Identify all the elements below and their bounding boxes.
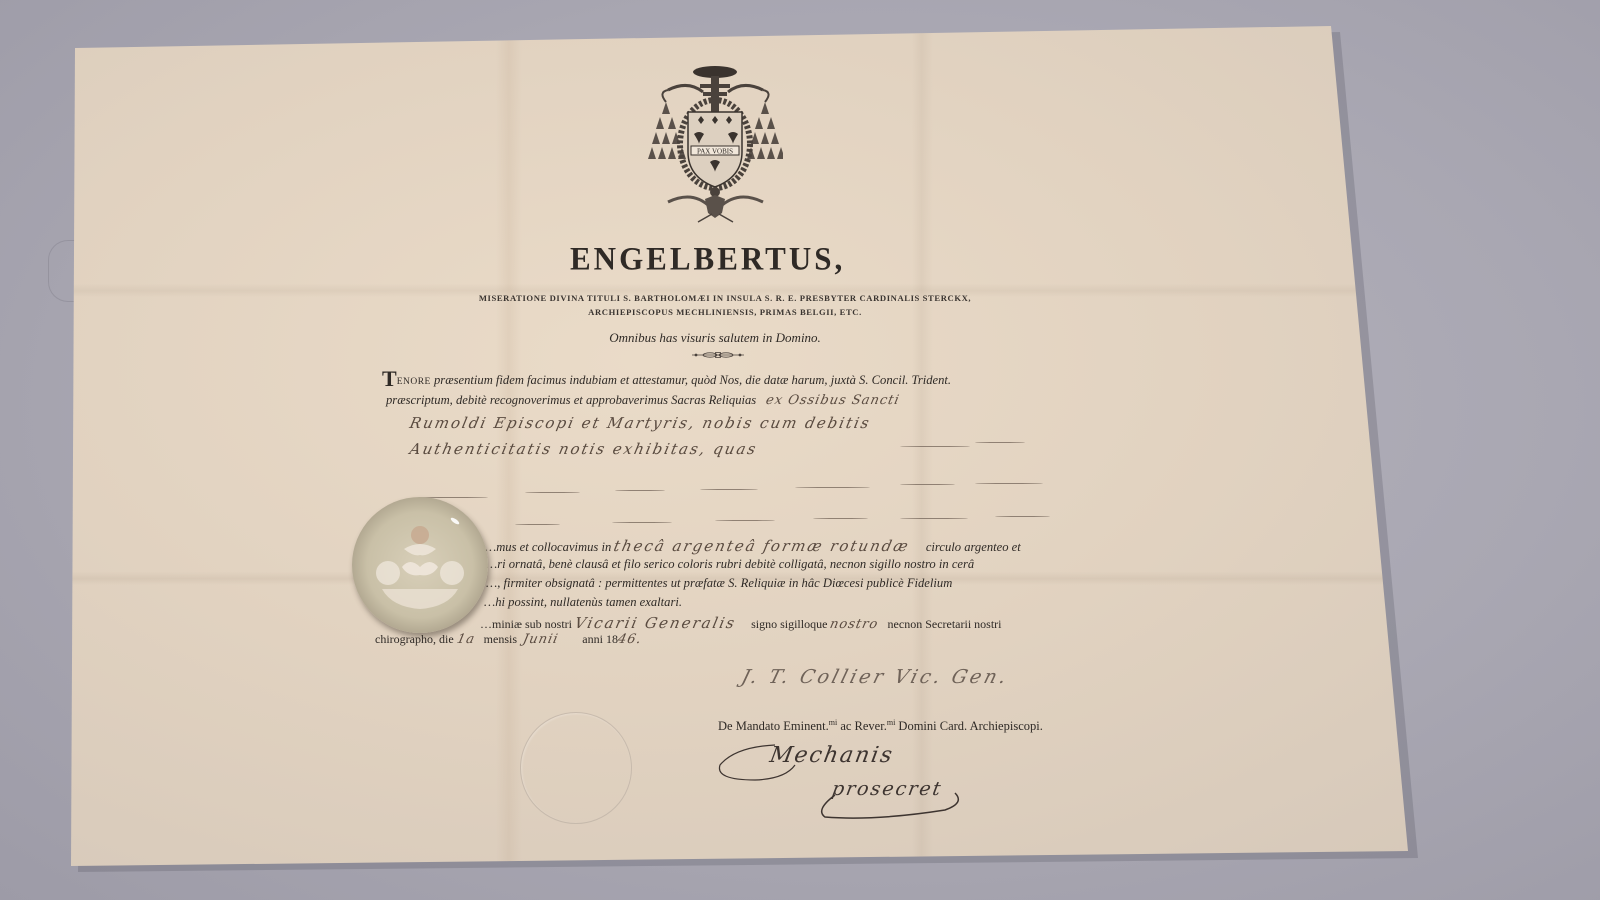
handwritten-month: Junii bbox=[521, 632, 559, 647]
handwritten-entry: nostro bbox=[829, 617, 880, 632]
body-line-9: …miniæ sub nostri Vicarii Generalis sign… bbox=[480, 614, 1002, 632]
coat-of-arms-icon: PAX VOBIS bbox=[648, 62, 783, 227]
body-line-4: Authenticitatis notis exhibitas, quas bbox=[410, 440, 757, 458]
greeting: Omnibus has visuris salutem in Domino. bbox=[560, 330, 870, 346]
body-line-2: præscriptum, debitè recognoverimus et ap… bbox=[386, 393, 899, 408]
reliquary-theca bbox=[352, 497, 488, 633]
handwritten-entry: Rumoldi Episcopi et Martyris, nobis cum … bbox=[408, 414, 873, 432]
embossed-seal bbox=[520, 712, 632, 824]
subtitle-line: MISERATIONE DIVINA TITULI S. BARTHOLOMÆI… bbox=[470, 291, 980, 305]
ornamental-divider-icon bbox=[690, 351, 746, 359]
handwritten-entry: Vicarii Generalis bbox=[573, 614, 738, 632]
secretary-signature: Mechanis bbox=[768, 743, 896, 768]
fill-dash bbox=[900, 484, 955, 485]
body-line-6: …ri ornatâ, benè clausâ et filo serico c… bbox=[486, 557, 974, 572]
body-line-10: chirographo, die 1a mensis Junii anni 18… bbox=[375, 632, 642, 647]
subtitle-line: ARCHIEPISCOPUS MECHLINIENSIS, PRIMAS BEL… bbox=[470, 305, 980, 319]
fill-dash bbox=[975, 483, 1043, 484]
secretary-title: prosecret bbox=[830, 778, 944, 800]
body-line-1: TENORE præsentium fidem facimus indubiam… bbox=[382, 373, 951, 388]
fill-dash bbox=[900, 518, 968, 519]
fill-dash bbox=[612, 522, 672, 523]
fill-dash bbox=[700, 489, 758, 490]
document-title: ENGELBERTUS, bbox=[570, 240, 870, 278]
handwritten-entry: Authenticitatis notis exhibitas, quas bbox=[408, 440, 759, 458]
relic-motif-icon bbox=[374, 515, 466, 615]
handwritten-year: 46. bbox=[616, 632, 643, 647]
document-subtitle: MISERATIONE DIVINA TITULI S. BARTHOLOMÆI… bbox=[470, 291, 980, 319]
fill-dash bbox=[900, 446, 970, 447]
fill-dash bbox=[795, 487, 870, 488]
handwritten-entry: ex Ossibus Sancti bbox=[764, 393, 901, 408]
handwritten-day: 1a bbox=[455, 632, 476, 647]
fill-dash bbox=[813, 518, 868, 519]
fill-dash bbox=[995, 516, 1050, 517]
fill-dash bbox=[715, 520, 775, 521]
drop-cap: T bbox=[382, 366, 397, 391]
body-line-8: …hi possint, nullatenùs tamen exaltari. bbox=[484, 595, 682, 610]
mandate-line: De Mandato Eminent.mi ac Rever.mi Domini… bbox=[718, 718, 1043, 734]
body-line-7: …, firmiter obsignatâ : permittentes ut … bbox=[486, 576, 952, 591]
fill-dash bbox=[515, 524, 560, 525]
fill-dash bbox=[525, 492, 580, 493]
fill-dash bbox=[975, 442, 1025, 443]
fill-dash bbox=[615, 490, 665, 491]
body-line-5: …mus et collocavimus in thecâ argenteâ f… bbox=[485, 537, 1021, 555]
handwritten-entry: thecâ argenteâ formæ rotundæ bbox=[613, 537, 912, 555]
svg-text:PAX VOBIS: PAX VOBIS bbox=[697, 148, 733, 156]
body-line-3: Rumoldi Episcopi et Martyris, nobis cum … bbox=[410, 414, 871, 432]
vicar-general-signature: J. T. Collier Vic. Gen. bbox=[739, 666, 1012, 688]
